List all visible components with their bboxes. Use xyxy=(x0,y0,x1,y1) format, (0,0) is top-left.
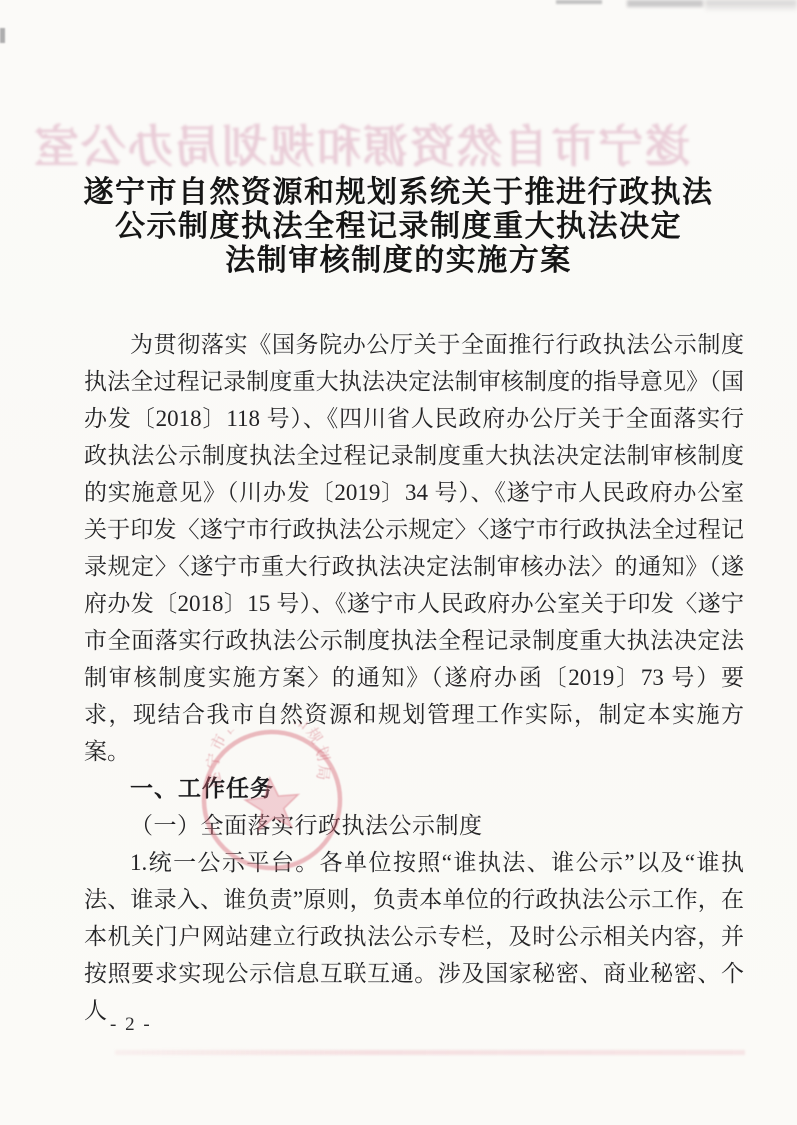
section-1-subheading: （一）全面落实行政执法公示制度 xyxy=(84,807,744,844)
scan-mark-left-edge xyxy=(0,28,5,43)
scan-pink-streak xyxy=(115,1050,745,1055)
scan-smudge-top-corner xyxy=(705,0,797,12)
title-line-2: 公示制度执法全程记录制度重大执法决定 xyxy=(60,210,737,244)
bleed-through-mirrored-text: 遂宁市自然资源和规划局办公室 xyxy=(84,110,690,175)
scan-smudge-top-1 xyxy=(556,0,602,4)
title-line-1: 遂宁市自然资源和规划系统关于推进行政执法 xyxy=(60,176,737,210)
document-body: 为贯彻落实《国务院办公厅关于全面推行行政执法公示制度执法全过程记录制度重大执法决… xyxy=(84,326,744,1029)
body-paragraph-2: 1.统一公示平台。各单位按照“谁执法、谁公示”以及“谁执法、谁录入、谁负责”原则… xyxy=(84,844,744,1029)
body-paragraph-1: 为贯彻落实《国务院办公厅关于全面推行行政执法公示制度执法全过程记录制度重大执法决… xyxy=(84,326,744,770)
scan-smudge-top-2 xyxy=(627,0,703,7)
document-title: 遂宁市自然资源和规划系统关于推进行政执法 公示制度执法全程记录制度重大执法决定 … xyxy=(60,176,737,278)
page-number: - 2 - xyxy=(110,1014,152,1036)
section-1-heading: 一、工作任务 xyxy=(84,770,744,807)
scanned-document-page: 遂宁市自然资源和规划局办公室 遂宁市自然资源和规划系统关于推进行政执法 公示制度… xyxy=(0,0,797,1125)
title-line-3: 法制审核制度的实施方案 xyxy=(60,244,737,278)
